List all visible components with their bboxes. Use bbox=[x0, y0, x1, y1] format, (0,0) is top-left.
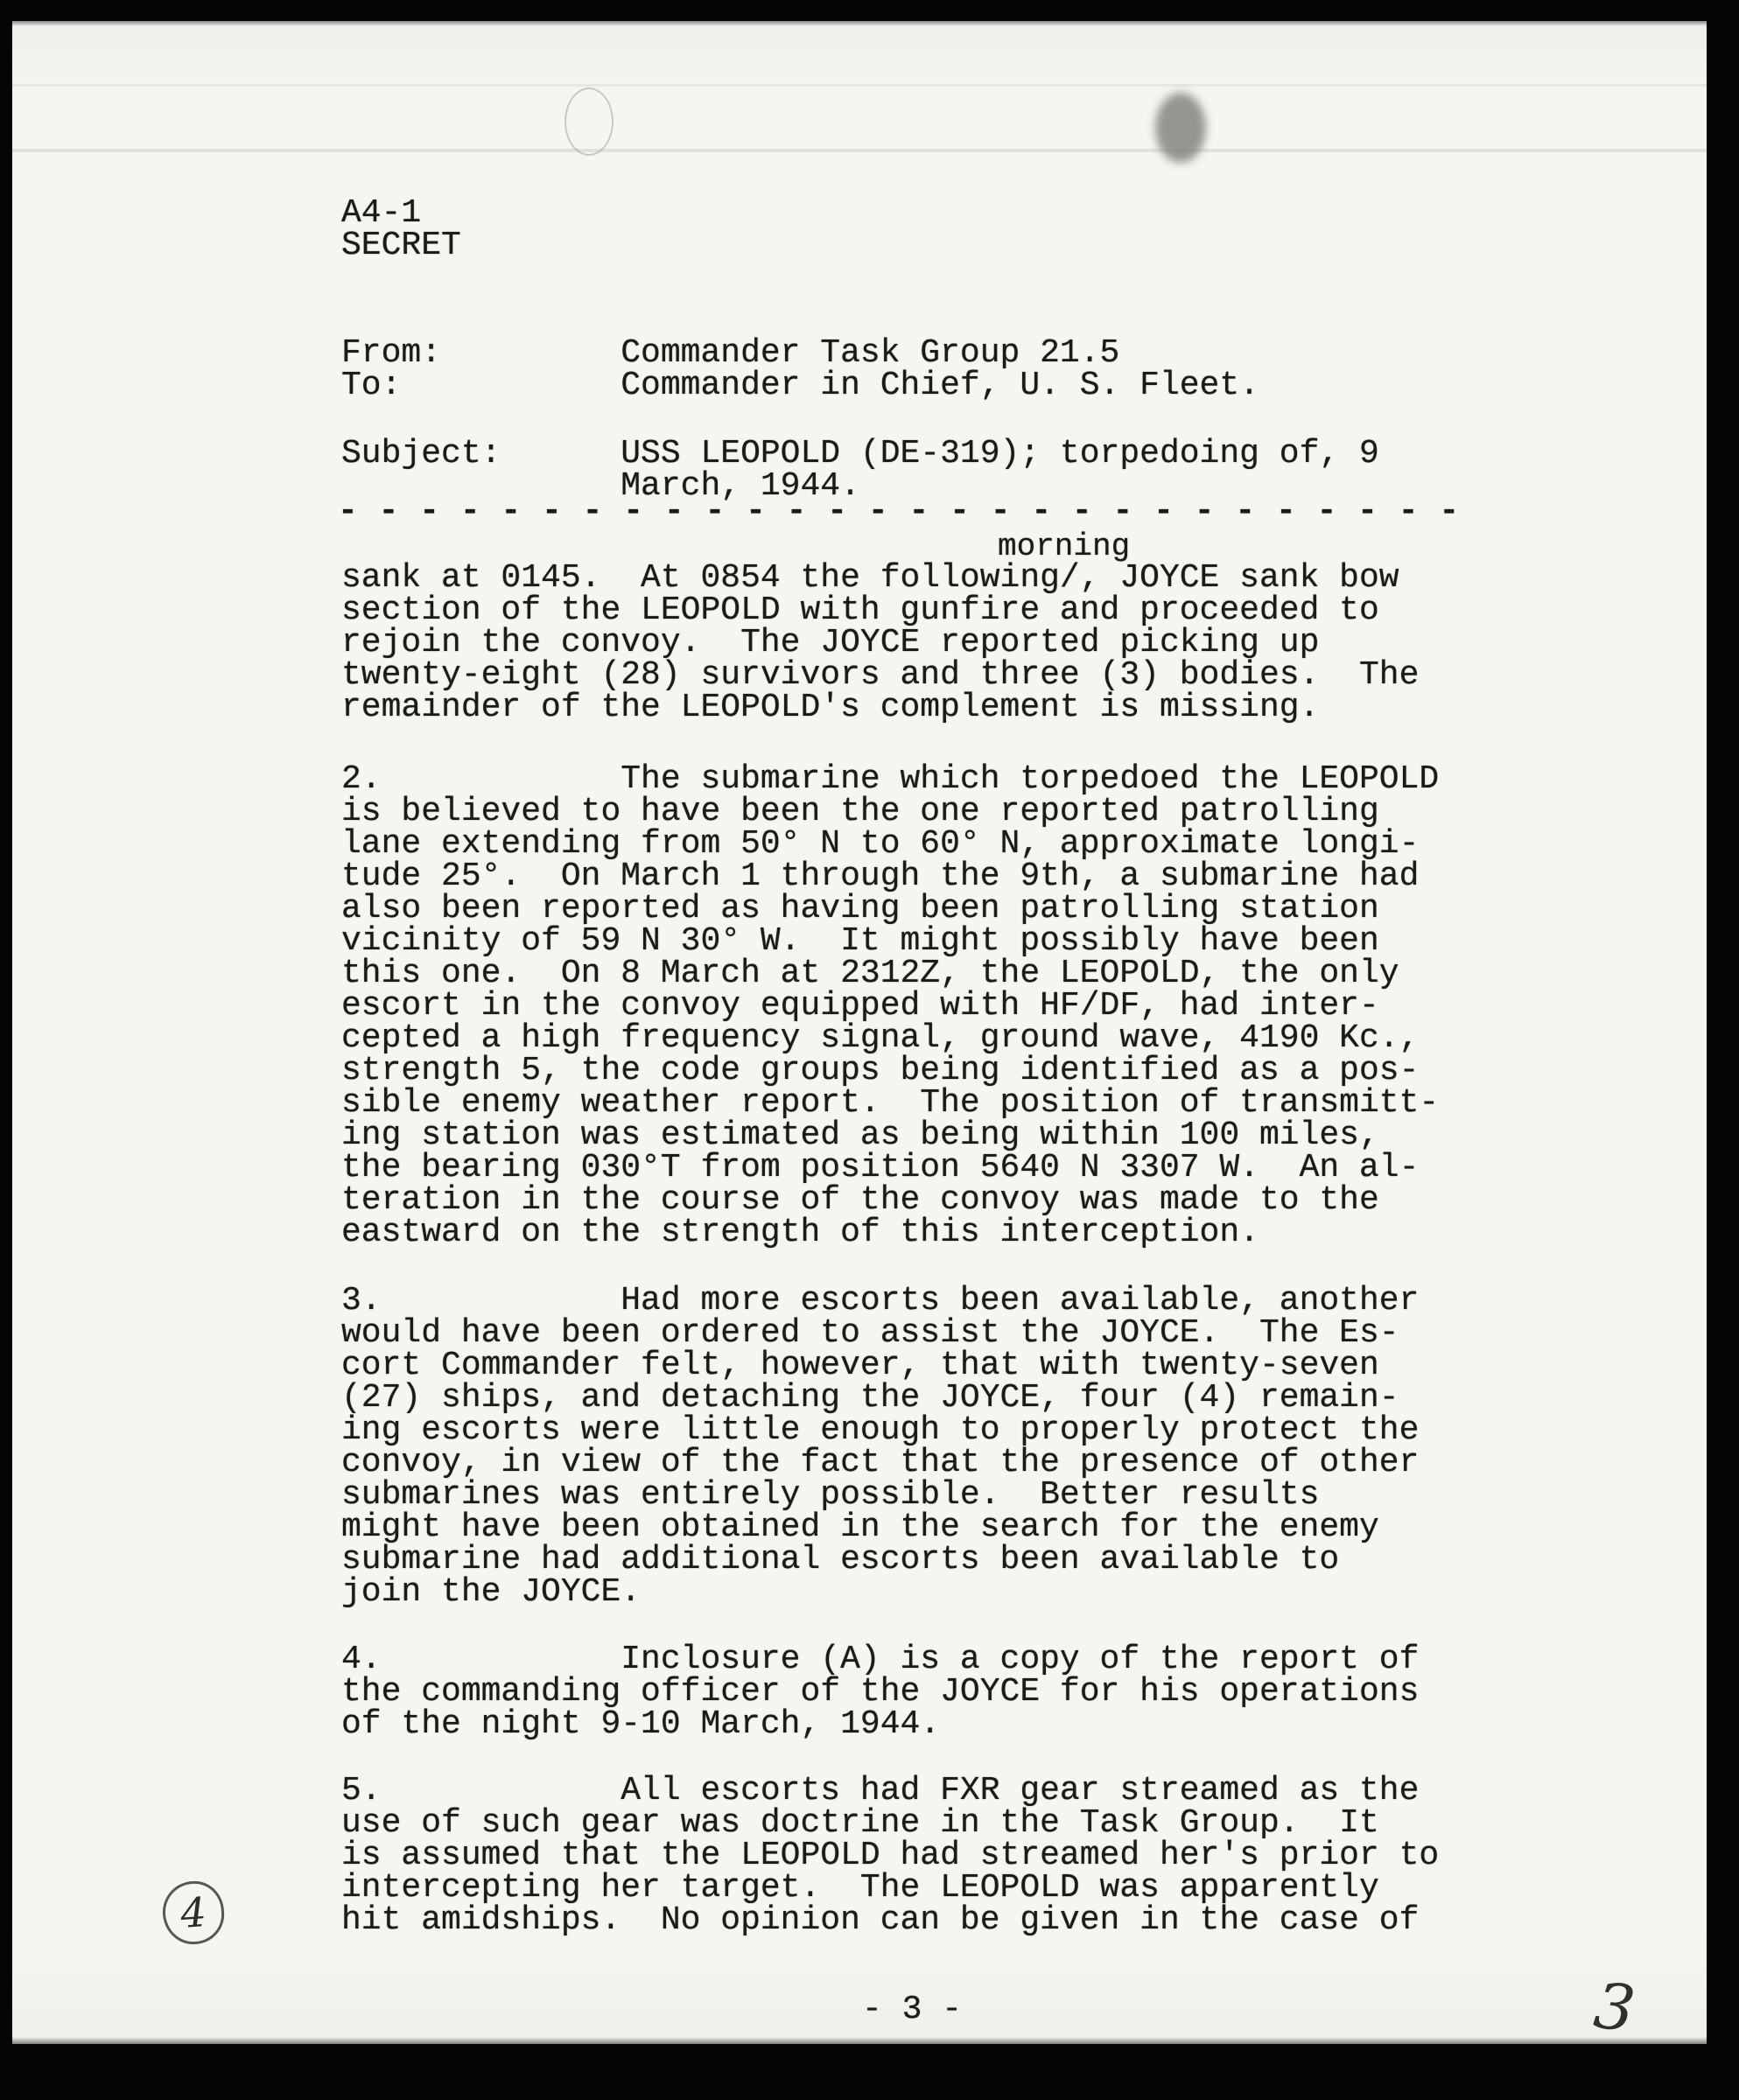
paper-top-edge-shadow bbox=[0, 21, 1739, 26]
divider-dashed-line: - - - - - - - - - - - - - - - - - - - - … bbox=[338, 495, 1460, 528]
ink-smudge-mark bbox=[1155, 93, 1206, 163]
paragraph-3: 3. Had more escorts been available, anot… bbox=[341, 1284, 1419, 1608]
paragraph-4: 4. Inclosure (A) is a copy of the report… bbox=[341, 1643, 1419, 1740]
paragraph-5: 5. All escorts had FXR gear streamed as … bbox=[341, 1774, 1439, 1936]
scan-artifact-streak bbox=[12, 84, 1707, 87]
scanned-document-page: A4-1 SECRET From: Commander Task Group 2… bbox=[0, 0, 1739, 2100]
punch-hole-mark bbox=[564, 87, 614, 156]
file-reference-and-classification: A4-1 SECRET bbox=[341, 197, 461, 262]
from-to-block: From: Commander Task Group 21.5 To: Comm… bbox=[341, 337, 1259, 402]
inserted-word-annotation: morning bbox=[998, 530, 1130, 563]
scan-edge-right bbox=[1707, 0, 1739, 2100]
handwritten-circled-number-value: 4 bbox=[179, 1888, 208, 1937]
paper-bottom-edge-shadow bbox=[0, 2037, 1739, 2044]
scan-edge-top bbox=[0, 0, 1739, 21]
scan-edge-left bbox=[0, 0, 12, 2100]
page-number: - 3 - bbox=[862, 1993, 962, 2026]
scan-artifact-streak bbox=[12, 149, 1707, 152]
paragraph-2: 2. The submarine which torpedoed the LEO… bbox=[341, 763, 1439, 1249]
scan-edge-bottom bbox=[0, 2044, 1739, 2100]
paragraph-continuation: sank at 0145. At 0854 the following/, JO… bbox=[341, 562, 1419, 724]
